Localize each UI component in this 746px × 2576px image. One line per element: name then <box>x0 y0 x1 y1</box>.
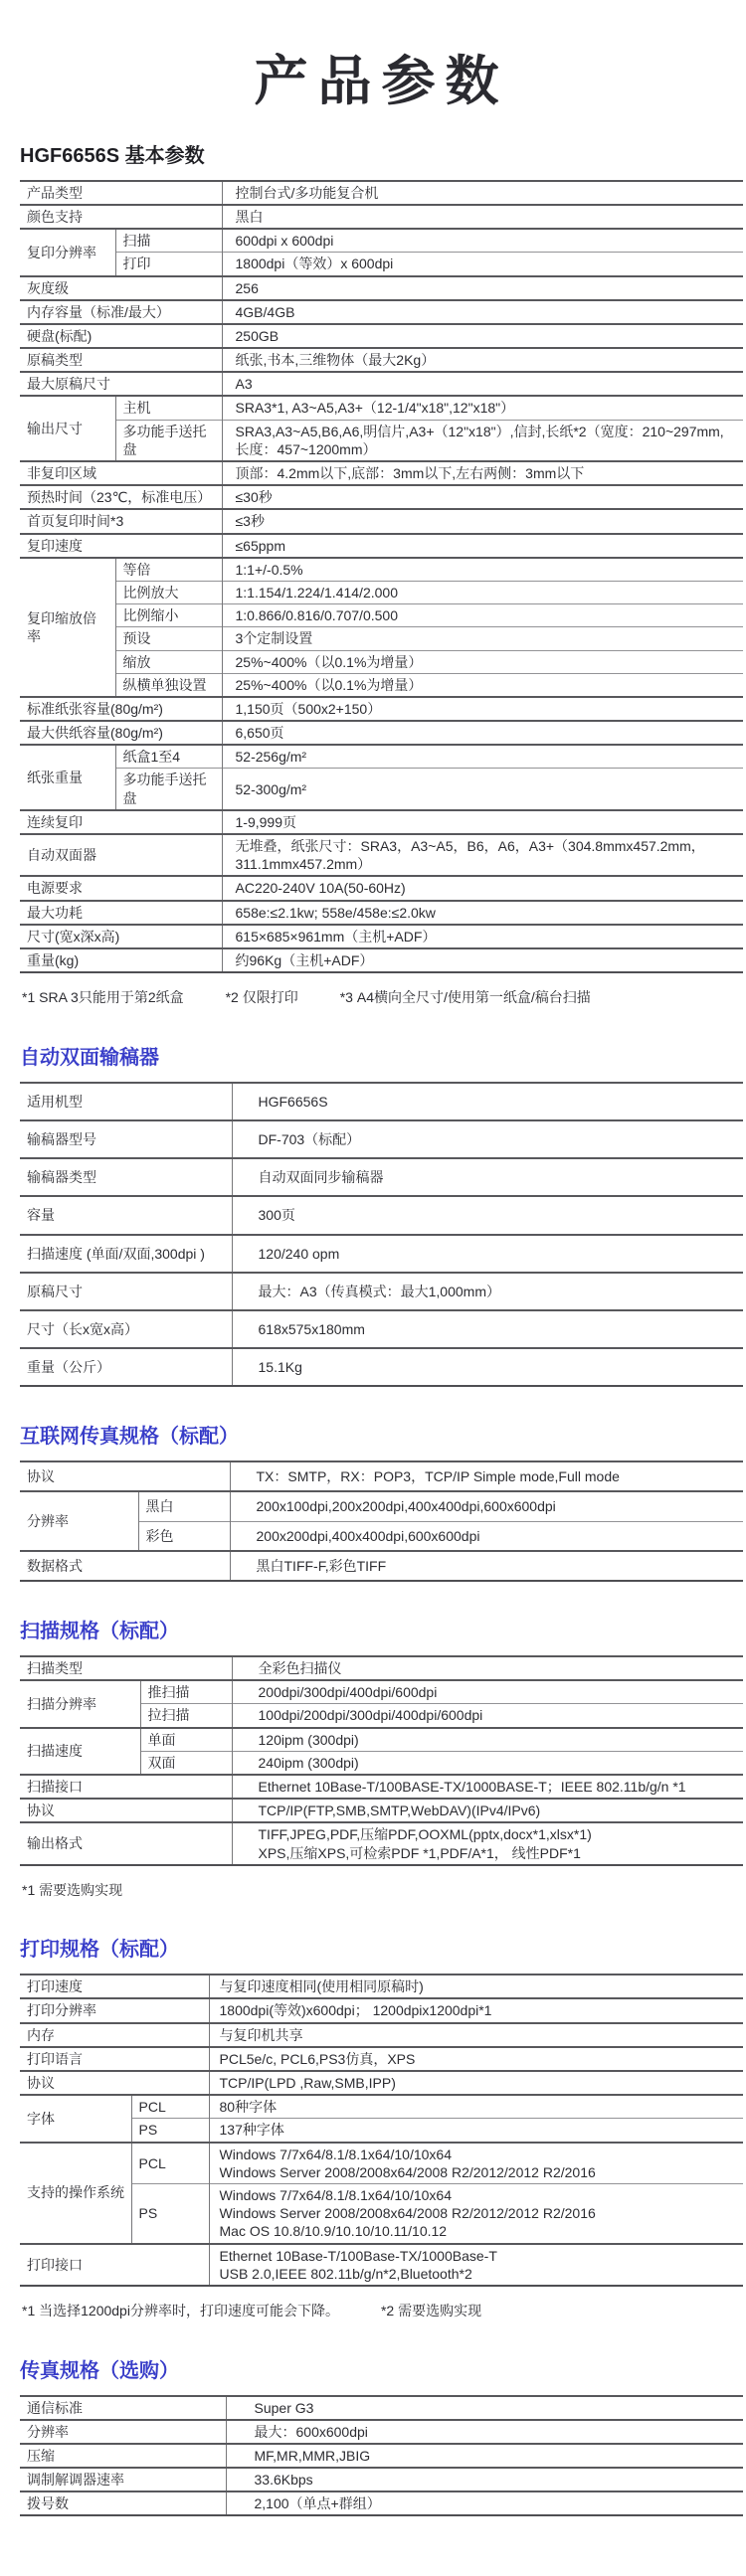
spec-label: 通信标准 <box>20 2396 226 2420</box>
spec-value: MF,MR,MMR,JBIG <box>226 2444 743 2468</box>
spec-label: 首页复印时间*3 <box>20 509 222 533</box>
spec-sub-label: PCL <box>131 2095 209 2119</box>
spec-label: 标准纸张容量(80g/m²) <box>20 697 222 721</box>
spec-value: 80种字体 <box>209 2095 743 2119</box>
spec-table-ifax: 协议TX：SMTP，RX：POP3，TCP/IP Simple mode,Ful… <box>20 1460 743 1582</box>
footnote: *2 仅限打印 <box>226 989 298 1005</box>
spec-value: Super G3 <box>226 2396 743 2420</box>
spec-label: 协议 <box>20 1799 232 1822</box>
spec-sub-label: 多功能手送托盘 <box>115 769 222 810</box>
spec-value: 240ipm (300dpi) <box>232 1751 743 1775</box>
spec-label: 最大供纸容量(80g/m²) <box>20 721 222 745</box>
spec-value: 658e:≤2.1kw; 558e/458e:≤2.0kw <box>222 901 743 925</box>
spec-label: 内存 <box>20 2023 209 2047</box>
section-adf: 自动双面输稿器适用机型HGF6656S输稿器型号DF-703（标配）输稿器类型自… <box>20 1046 743 1388</box>
spec-sub-label: 比例放大 <box>115 581 222 603</box>
section-heading-scan: 扫描规格（标配） <box>20 1620 743 1644</box>
spec-value: 1,150页（500x2+150） <box>222 697 743 721</box>
spec-sub-label: 黑白 <box>138 1491 230 1521</box>
spec-label: 复印速度 <box>20 534 222 558</box>
spec-value: Windows 7/7x64/8.1/8.1x64/10/10x64 Windo… <box>209 2183 743 2243</box>
spec-value: ≤30秒 <box>222 485 743 509</box>
section-ifax: 互联网传真规格（标配）协议TX：SMTP，RX：POP3，TCP/IP Simp… <box>20 1425 743 1582</box>
spec-sub-label: 等倍 <box>115 558 222 582</box>
spec-label: 协议 <box>20 1461 230 1491</box>
spec-value: 137种字体 <box>209 2119 743 2143</box>
section-print: 打印规格（标配）打印速度与复印速度相同(使用相同原稿时)打印分辨率1800dpi… <box>20 1938 743 2320</box>
section-heading-print: 打印规格（标配） <box>20 1938 743 1963</box>
spec-value: TX：SMTP，RX：POP3，TCP/IP Simple mode,Full … <box>230 1461 743 1491</box>
footnote: *1 需要选购实现 <box>22 1882 122 1898</box>
spec-value: ≤3秒 <box>222 509 743 533</box>
spec-value: 自动双面同步输稿器 <box>232 1158 743 1196</box>
footnote: *1 SRA 3只能用于第2纸盒 <box>22 989 184 1005</box>
spec-label: 分辨率 <box>20 1491 138 1550</box>
spec-label: 最大功耗 <box>20 901 222 925</box>
spec-label: 产品类型 <box>20 181 222 205</box>
spec-value: 顶部：4.2mm以下,底部：3mm以下,左右两侧：3mm以下 <box>222 461 743 485</box>
spec-value: 1:0.866/0.816/0.707/0.500 <box>222 604 743 627</box>
spec-sub-label: 推扫描 <box>140 1680 232 1704</box>
spec-label: 扫描类型 <box>20 1656 232 1680</box>
section-heading-basic: HGF6656S 基本参数 <box>20 144 743 169</box>
spec-value: 200x200dpi,400x400dpi,600x600dpi <box>230 1521 743 1551</box>
spec-value: Ethernet 10Base-T/100Base-TX/1000Base-T … <box>209 2244 743 2286</box>
spec-label: 自动双面器 <box>20 834 222 876</box>
spec-sub-label: 缩放 <box>115 650 222 673</box>
spec-sub-label: 预设 <box>115 627 222 650</box>
spec-label: 复印分辨率 <box>20 229 115 275</box>
spec-value: 52-300g/m² <box>222 769 743 810</box>
spec-label: 拨号数 <box>20 2491 226 2515</box>
spec-label: 内存容量（标准/最大） <box>20 300 222 324</box>
spec-value: 25%~400%（以0.1%为增量） <box>222 650 743 673</box>
spec-sub-label: 比例缩小 <box>115 604 222 627</box>
spec-label: 打印速度 <box>20 1975 209 1998</box>
spec-label: 扫描速度 <box>20 1728 140 1775</box>
spec-label: 扫描分辨率 <box>20 1680 140 1727</box>
spec-label: 分辨率 <box>20 2420 226 2444</box>
spec-value: 2,100（单点+群组） <box>226 2491 743 2515</box>
spec-label: 调制解调器速率 <box>20 2468 226 2491</box>
spec-label: 原稿尺寸 <box>20 1273 232 1310</box>
spec-label: 复印缩放倍率 <box>20 558 115 697</box>
spec-label: 连续复印 <box>20 810 222 834</box>
spec-value: TIFF,JPEG,PDF,压缩PDF,OOXML(pptx,docx*1,xl… <box>232 1822 743 1864</box>
spec-value: 200dpi/300dpi/400dpi/600dpi <box>232 1680 743 1704</box>
spec-value: 256 <box>222 276 743 300</box>
spec-sections: HGF6656S 基本参数产品类型控制台式/多功能复合机颜色支持黑白复印分辨率扫… <box>20 144 743 2517</box>
spec-value: TCP/IP(FTP,SMB,SMTP,WebDAV)(IPv4/IPv6) <box>232 1799 743 1822</box>
spec-value: 黑白TIFF-F,彩色TIFF <box>230 1551 743 1581</box>
spec-value: 100dpi/200dpi/300dpi/400dpi/600dpi <box>232 1704 743 1728</box>
spec-sub-label: 双面 <box>140 1751 232 1775</box>
spec-sub-label: 纵横单独设置 <box>115 673 222 697</box>
section-heading-fax: 传真规格（选购） <box>20 2359 743 2384</box>
spec-value: 25%~400%（以0.1%为增量） <box>222 673 743 697</box>
spec-value: AC220-240V 10A(50-60Hz) <box>222 876 743 900</box>
footnotes-print: *1 当选择1200dpi分辨率时，打印速度可能会下降。*2 需要选购实现 <box>22 2302 743 2321</box>
spec-label: 数据格式 <box>20 1551 230 1581</box>
spec-label: 最大原稿尺寸 <box>20 372 222 396</box>
spec-label: 输稿器类型 <box>20 1158 232 1196</box>
spec-value: 最大：A3（传真模式：最大1,000mm） <box>232 1273 743 1310</box>
spec-sub-label: PCL <box>131 2143 209 2184</box>
spec-label: 尺寸(宽x深x高) <box>20 925 222 948</box>
spec-value: 与复印机共享 <box>209 2023 743 2047</box>
spec-sub-label: 打印 <box>115 253 222 276</box>
spec-value: 全彩色扫描仪 <box>232 1656 743 1680</box>
spec-label: 原稿类型 <box>20 348 222 372</box>
spec-table-scan: 扫描类型全彩色扫描仪扫描分辨率推扫描200dpi/300dpi/400dpi/6… <box>20 1655 743 1866</box>
spec-label: 打印分辨率 <box>20 1998 209 2022</box>
section-basic: HGF6656S 基本参数产品类型控制台式/多功能复合机颜色支持黑白复印分辨率扫… <box>20 144 743 1008</box>
spec-label: 打印语言 <box>20 2047 209 2071</box>
spec-label: 重量(kg) <box>20 948 222 972</box>
spec-label: 支持的操作系统 <box>20 2143 131 2244</box>
spec-value: 1800dpi(等效)x600dpi； 1200dpix1200dpi*1 <box>209 1998 743 2022</box>
spec-value: 52-256g/m² <box>222 745 743 769</box>
spec-value: 120ipm (300dpi) <box>232 1728 743 1752</box>
section-scan: 扫描规格（标配）扫描类型全彩色扫描仪扫描分辨率推扫描200dpi/300dpi/… <box>20 1620 743 1900</box>
spec-value: Windows 7/7x64/8.1/8.1x64/10/10x64 Windo… <box>209 2143 743 2184</box>
spec-label: 容量 <box>20 1196 232 1234</box>
spec-table-print: 打印速度与复印速度相同(使用相同原稿时)打印分辨率1800dpi(等效)x600… <box>20 1974 743 2287</box>
spec-value: PCL5e/c, PCL6,PS3仿真，XPS <box>209 2047 743 2071</box>
spec-label: 硬盘(标配) <box>20 324 222 348</box>
page-title: 产品参数 <box>20 0 743 114</box>
spec-sub-label: 彩色 <box>138 1521 230 1551</box>
spec-label: 打印接口 <box>20 2244 209 2286</box>
footnotes-basic: *1 SRA 3只能用于第2纸盒*2 仅限打印*3 A4横向全尺寸/使用第一纸盒… <box>22 988 743 1008</box>
spec-value: SRA3*1, A3~A5,A3+（12-1/4"x18",12"x18"） <box>222 396 743 420</box>
spec-label: 纸张重量 <box>20 745 115 810</box>
spec-sub-label: 单面 <box>140 1728 232 1752</box>
spec-table-fax: 通信标准Super G3分辨率最大：600x600dpi压缩MF,MR,MMR,… <box>20 2395 743 2517</box>
spec-value: Ethernet 10Base-T/100BASE-TX/1000BASE-T；… <box>232 1775 743 1799</box>
spec-sub-label: 扫描 <box>115 229 222 253</box>
spec-value: ≤65ppm <box>222 534 743 558</box>
spec-label: 非复印区域 <box>20 461 222 485</box>
spec-value: 控制台式/多功能复合机 <box>222 181 743 205</box>
section-heading-adf: 自动双面输稿器 <box>20 1046 743 1071</box>
product-spec-page: 产品参数 HGF6656S 基本参数产品类型控制台式/多功能复合机颜色支持黑白复… <box>0 0 746 2576</box>
spec-value: 15.1Kg <box>232 1348 743 1386</box>
section-heading-ifax: 互联网传真规格（标配） <box>20 1425 743 1450</box>
spec-label: 扫描接口 <box>20 1775 232 1799</box>
spec-label: 适用机型 <box>20 1083 232 1120</box>
spec-value: 1:1.154/1.224/1.414/2.000 <box>222 581 743 603</box>
spec-label: 输出尺寸 <box>20 396 115 461</box>
spec-value: 黑白 <box>222 205 743 229</box>
spec-value: 615×685×961mm（主机+ADF） <box>222 925 743 948</box>
spec-sub-label: PS <box>131 2183 209 2243</box>
spec-value: 约96Kg（主机+ADF） <box>222 948 743 972</box>
spec-sub-label: PS <box>131 2119 209 2143</box>
spec-label: 扫描速度 (单面/双面,300dpi ) <box>20 1235 232 1273</box>
spec-table-basic: 产品类型控制台式/多功能复合机颜色支持黑白复印分辨率扫描600dpi x 600… <box>20 180 743 973</box>
spec-label: 灰度级 <box>20 276 222 300</box>
footnote: *3 A4横向全尺寸/使用第一纸盒/稿台扫描 <box>340 989 591 1005</box>
spec-value: 618x575x180mm <box>232 1310 743 1348</box>
spec-value: 与复印速度相同(使用相同原稿时) <box>209 1975 743 1998</box>
spec-value: 1800dpi（等效）x 600dpi <box>222 253 743 276</box>
spec-value: TCP/IP(LPD ,Raw,SMB,IPP) <box>209 2071 743 2095</box>
spec-sub-label: 拉扫描 <box>140 1704 232 1728</box>
spec-value: 120/240 opm <box>232 1235 743 1273</box>
spec-label: 字体 <box>20 2095 131 2142</box>
spec-value: A3 <box>222 372 743 396</box>
section-fax: 传真规格（选购）通信标准Super G3分辨率最大：600x600dpi压缩MF… <box>20 2359 743 2517</box>
spec-label: 预热时间（23℃，标准电压） <box>20 485 222 509</box>
spec-value: 最大：600x600dpi <box>226 2420 743 2444</box>
spec-sub-label: 主机 <box>115 396 222 420</box>
spec-label: 尺寸（长x宽x高） <box>20 1310 232 1348</box>
spec-label: 输稿器型号 <box>20 1120 232 1158</box>
spec-value: DF-703（标配） <box>232 1120 743 1158</box>
spec-sub-label: 纸盒1至4 <box>115 745 222 769</box>
spec-label: 电源要求 <box>20 876 222 900</box>
spec-label: 输出格式 <box>20 1822 232 1864</box>
spec-value: 纸张,书本,三维物体（最大2Kg） <box>222 348 743 372</box>
spec-value: 600dpi x 600dpi <box>222 229 743 253</box>
spec-sub-label: 多功能手送托盘 <box>115 420 222 461</box>
spec-value: 250GB <box>222 324 743 348</box>
spec-label: 协议 <box>20 2071 209 2095</box>
spec-value: 4GB/4GB <box>222 300 743 324</box>
spec-label: 颜色支持 <box>20 205 222 229</box>
spec-value: HGF6656S <box>232 1083 743 1120</box>
spec-value: 1-9,999页 <box>222 810 743 834</box>
spec-value: 1:1+/-0.5% <box>222 558 743 582</box>
footnote: *2 需要选购实现 <box>381 2303 481 2318</box>
spec-value: SRA3,A3~A5,B6,A6,明信片,A3+（12"x18"）,信封,长纸*… <box>222 420 743 461</box>
spec-value: 3个定制设置 <box>222 627 743 650</box>
spec-label: 重量（公斤） <box>20 1348 232 1386</box>
footnote: *1 当选择1200dpi分辨率时，打印速度可能会下降。 <box>22 2303 339 2318</box>
spec-value: 200x100dpi,200x200dpi,400x400dpi,600x600… <box>230 1491 743 1521</box>
spec-label: 压缩 <box>20 2444 226 2468</box>
spec-value: 33.6Kbps <box>226 2468 743 2491</box>
spec-value: 6,650页 <box>222 721 743 745</box>
footnotes-scan: *1 需要选购实现 <box>22 1881 743 1901</box>
spec-value: 300页 <box>232 1196 743 1234</box>
spec-table-adf: 适用机型HGF6656S输稿器型号DF-703（标配）输稿器类型自动双面同步输稿… <box>20 1082 743 1388</box>
spec-value: 无堆叠，纸张尺寸：SRA3，A3~A5，B6，A6，A3+（304.8mmx45… <box>222 834 743 876</box>
